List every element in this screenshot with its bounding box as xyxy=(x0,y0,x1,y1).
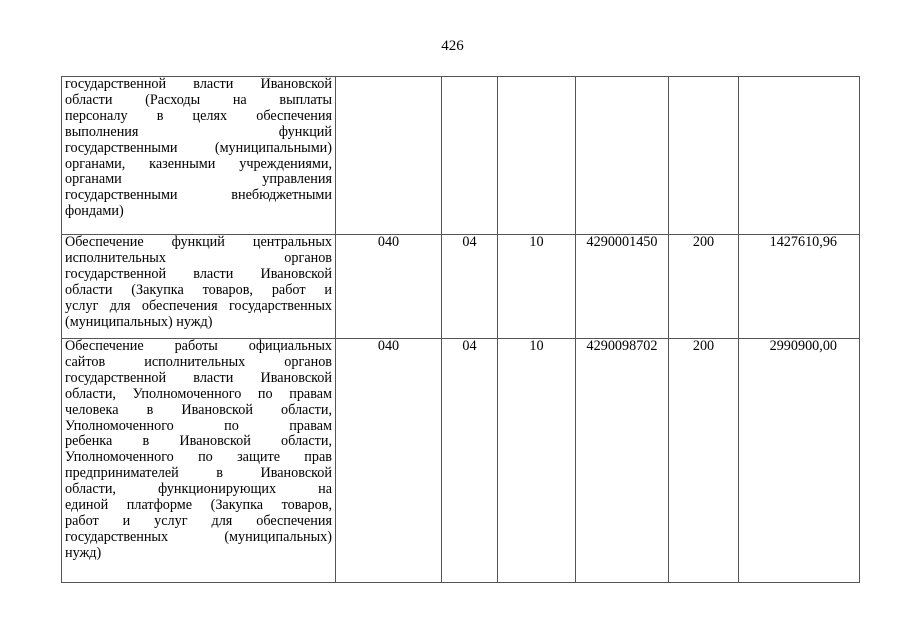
description-line: органами, казенными учреждениями, xyxy=(65,157,332,173)
target-article-code: 4290001450 xyxy=(576,235,669,339)
table-row: государственной власти Ивановскойобласти… xyxy=(62,77,860,235)
description-line: единой платформе (Закупка товаров, xyxy=(65,498,332,514)
description-line: персоналу в целях обеспечения xyxy=(65,109,332,125)
expense-type-code: 200 xyxy=(669,339,739,583)
expense-description: Обеспечение функций центральныхисполните… xyxy=(62,235,336,339)
ministry-code: 040 xyxy=(336,235,442,339)
description-line: области (Закупка товаров, работ и xyxy=(65,283,332,299)
description-line: услуг для обеспечения государственных xyxy=(65,299,332,315)
amount xyxy=(739,77,860,235)
description-line: ребенка в Ивановской области, xyxy=(65,434,332,450)
expense-description: государственной власти Ивановскойобласти… xyxy=(62,77,336,235)
amount: 2990900,00 xyxy=(739,339,860,583)
description-line: фондами) xyxy=(65,204,332,220)
table-row: Обеспечение работы официальныхсайтов исп… xyxy=(62,339,860,583)
description-line: государственными внебюджетными xyxy=(65,188,332,204)
description-line: государственной власти Ивановской xyxy=(65,267,332,283)
description-line: человека в Ивановской области, xyxy=(65,403,332,419)
section-code: 04 xyxy=(442,339,498,583)
description-line: области, Уполномоченного по правам xyxy=(65,387,332,403)
description-line: исполнительных органов xyxy=(65,251,332,267)
budget-table: государственной власти Ивановскойобласти… xyxy=(61,76,860,583)
description-line: Обеспечение функций центральных xyxy=(65,235,332,251)
description-line: государственной власти Ивановской xyxy=(65,77,332,93)
subsection-code xyxy=(498,77,576,235)
description-line: государственными (муниципальными) xyxy=(65,141,332,157)
description-line: государственных (муниципальных) xyxy=(65,530,332,546)
expense-type-code xyxy=(669,77,739,235)
page-number: 426 xyxy=(0,38,905,55)
subsection-code: 10 xyxy=(498,235,576,339)
description-line: Уполномоченного по правам xyxy=(65,419,332,435)
description-line: органами управления xyxy=(65,172,332,188)
expense-description: Обеспечение работы официальныхсайтов исп… xyxy=(62,339,336,583)
target-article-code xyxy=(576,77,669,235)
description-line: сайтов исполнительных органов xyxy=(65,355,332,371)
description-line: нужд) xyxy=(65,546,332,562)
description-line: работ и услуг для обеспечения xyxy=(65,514,332,530)
description-line: предпринимателей в Ивановской xyxy=(65,466,332,482)
target-article-code: 4290098702 xyxy=(576,339,669,583)
description-line: области (Расходы на выплаты xyxy=(65,93,332,109)
expense-type-code: 200 xyxy=(669,235,739,339)
ministry-code xyxy=(336,77,442,235)
description-line: Обеспечение работы официальных xyxy=(65,339,332,355)
description-line: государственной власти Ивановской xyxy=(65,371,332,387)
table-row: Обеспечение функций центральныхисполните… xyxy=(62,235,860,339)
amount: 1427610,96 xyxy=(739,235,860,339)
ministry-code: 040 xyxy=(336,339,442,583)
subsection-code: 10 xyxy=(498,339,576,583)
description-line: области, функционирующих на xyxy=(65,482,332,498)
description-line: (муниципальных) нужд) xyxy=(65,315,332,331)
description-line: Уполномоченного по защите прав xyxy=(65,450,332,466)
description-line: выполнения функций xyxy=(65,125,332,141)
section-code xyxy=(442,77,498,235)
section-code: 04 xyxy=(442,235,498,339)
